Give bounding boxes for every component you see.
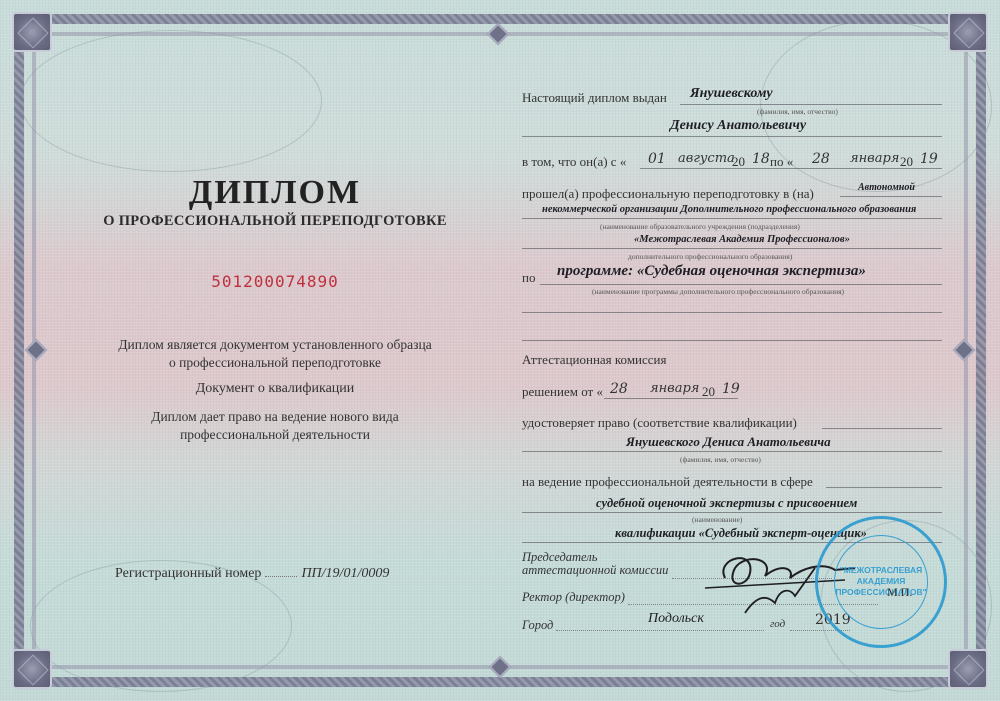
commission-label: Аттестационная комиссия [522,352,666,368]
org-line-2: некоммерческой организации Дополнительно… [542,204,916,215]
period-prefix: в том, что он(а) с « [522,154,626,170]
decision-year: 19 [722,381,740,397]
fill-line [556,630,764,631]
end-month: января [850,151,899,166]
fio-hint: (фамилия, имя, отчество) [680,455,761,464]
org-hint-1: (наименование образовательного учреждени… [600,222,800,231]
start-day: 01 [648,151,666,167]
activity-hint: (наименование) [692,515,742,524]
decision-month: января [650,381,699,396]
chairman-label-line: Председатель [522,550,597,564]
fill-line [604,398,738,399]
year-label: год [770,618,785,630]
fill-line [522,512,942,513]
fill-line [540,284,942,285]
org-line-1: Автономной [858,182,915,193]
end-year: 19 [920,151,938,167]
stamp-text: "МЕЖОТРАСЛЕВАЯ АКАДЕМИЯ ПРОФЕССИОНАЛОВ" [818,565,944,598]
right-page: Настоящий диплом выдан Янушевскому (фами… [0,0,1000,701]
rector-label: Ректор (директор) [522,590,625,605]
training-label: прошел(а) профессиональную переподготовк… [522,186,814,202]
fill-line [840,196,942,197]
recipient-surname: Янушевскому [690,86,773,102]
issued-label: Настоящий диплом выдан [522,90,667,106]
certifies-label: удостоверяет право (соответствие квалифи… [522,415,797,431]
fill-line [522,248,942,249]
decision-prefix: решением от « [522,384,603,400]
fill-line [522,451,942,452]
fio-hint: (фамилия, имя, отчество) [757,107,838,116]
fill-line [522,340,942,341]
activity-label: на ведение профессиональной деятельности… [522,474,813,490]
end-day: 28 [812,151,830,167]
org-line-3: «Межотраслевая Академия Профессионалов» [634,234,850,245]
chairman-label-line: аттестационной комиссии [522,563,668,577]
fill-line [522,218,942,219]
city-value: Подольск [648,611,704,627]
program-prefix: по [522,270,535,286]
program-name: программе: «Судебная оценочная экспертиз… [557,263,866,280]
diploma-sheet: ДИПЛОМ О ПРОФЕССИОНАЛЬНОЙ ПЕРЕПОДГОТОВКЕ… [0,0,1000,701]
start-year: 18 [752,151,770,167]
fill-line [680,104,942,105]
activity-line-1: судебной оценочной экспертизы с присвоен… [596,496,857,511]
decision-day: 28 [610,381,628,397]
organization-stamp: "МЕЖОТРАСЛЕВАЯ АКАДЕМИЯ ПРОФЕССИОНАЛОВ" [815,516,947,648]
start-month: августа [678,151,735,166]
activity-line-2: квалификации «Судебный эксперт-оценщик» [615,526,867,541]
holder-full-name: Янушевского Дениса Анатольевича [626,434,831,450]
fill-line [522,312,942,313]
fill-line [640,168,942,169]
seal-label: М.П. [887,585,912,600]
program-hint: (наименование программы дополнительного … [592,287,844,296]
fill-line [826,487,942,488]
org-hint-2: дополнительного профессионального образо… [628,252,792,261]
chairman-label: Председатель аттестационной комиссии [522,551,668,577]
recipient-given-names: Денису Анатольевичу [670,118,806,134]
fill-line [822,428,942,429]
fill-line [522,136,942,137]
city-label: Город [522,618,553,633]
